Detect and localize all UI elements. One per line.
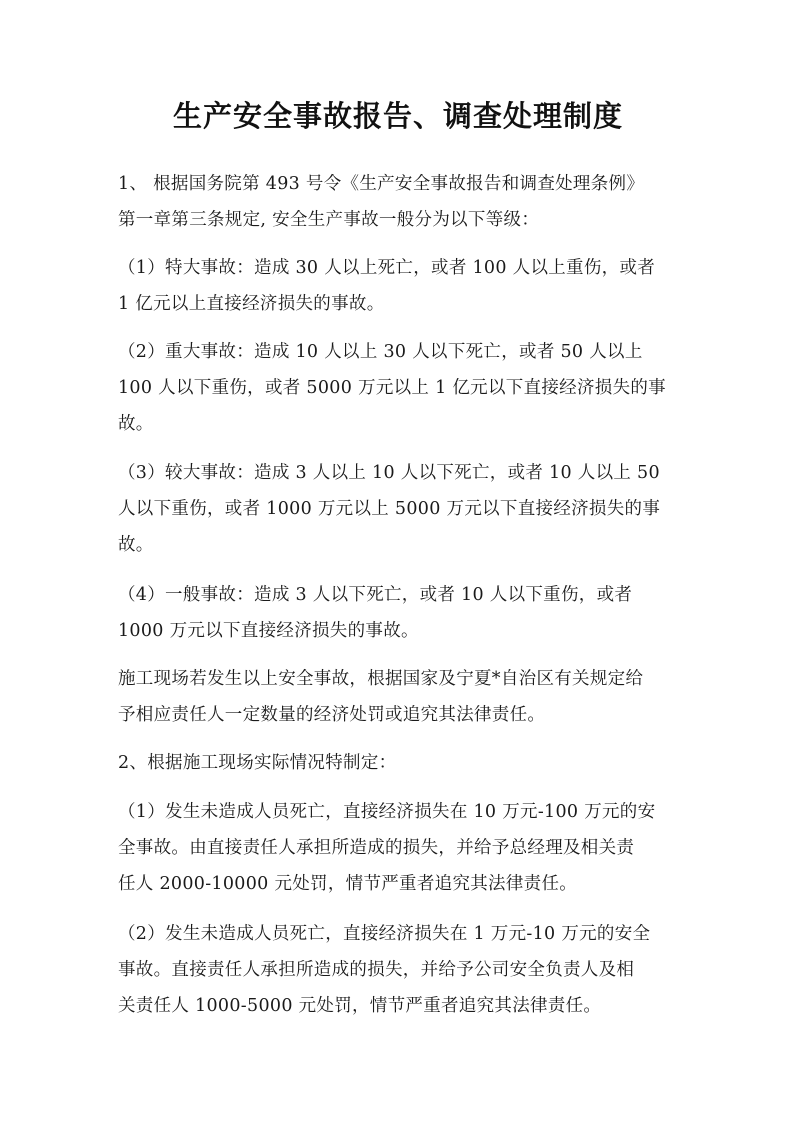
text-line: 2、根据施工现场实际情况特制定： [118, 745, 678, 781]
text-line: 任人 2000-10000 元处罚，情节严重者追究其法律责任。 [118, 866, 678, 902]
text-line: 1000 万元以下直接经济损失的事故。 [118, 613, 678, 649]
text-line: 100 人以下重伤，或者 5000 万元以上 1 亿元以下直接经济损失的事 [118, 370, 678, 406]
paragraph-regulation-basis: 1、 根据国务院第 493 号令《生产安全事故报告和调查处理条例》 第一章第三条… [118, 166, 678, 238]
paragraph-level-1-especially-serious: （1）特大事故：造成 30 人以上死亡，或者 100 人以上重伤，或者 1 亿元… [118, 250, 678, 322]
text-line: （4）一般事故：造成 3 人以下死亡，或者 10 人以下重伤，或者 [118, 577, 678, 613]
text-line: （2）重大事故：造成 10 人以上 30 人以下死亡，或者 50 人以上 [118, 334, 678, 370]
text-line: 予相应责任人一定数量的经济处罚或追究其法律责任。 [118, 697, 678, 733]
text-line: （1）特大事故：造成 30 人以上死亡，或者 100 人以上重伤，或者 [118, 250, 678, 286]
paragraph-level-4-general: （4）一般事故：造成 3 人以下死亡，或者 10 人以下重伤，或者 1000 万… [118, 577, 678, 649]
text-line: （3）较大事故：造成 3 人以上 10 人以下死亡，或者 10 人以上 50 [118, 455, 678, 491]
paragraph-site-rules-heading: 2、根据施工现场实际情况特制定： [118, 745, 678, 781]
text-line: 故。 [118, 406, 678, 442]
text-line: 关责任人 1000-5000 元处罚，情节严重者追究其法律责任。 [118, 988, 678, 1024]
text-line: 全事故。由直接责任人承担所造成的损失，并给予总经理及相关责 [118, 830, 678, 866]
text-line: （1）发生未造成人员死亡，直接经济损失在 10 万元-100 万元的安 [118, 794, 678, 830]
paragraph-penalty-note: 施工现场若发生以上安全事故，根据国家及宁夏*自治区有关规定给 予相应责任人一定数… [118, 661, 678, 733]
text-line: 施工现场若发生以上安全事故，根据国家及宁夏*自治区有关规定给 [118, 661, 678, 697]
text-line: 1 亿元以上直接经济损失的事故。 [118, 286, 678, 322]
paragraph-level-3-major: （3）较大事故：造成 3 人以上 10 人以下死亡，或者 10 人以上 50 人… [118, 455, 678, 563]
text-line: 故。 [118, 527, 678, 563]
document-title: 生产安全事故报告、调查处理制度 [118, 96, 678, 136]
paragraph-level-2-serious: （2）重大事故：造成 10 人以上 30 人以下死亡，或者 50 人以上 100… [118, 334, 678, 442]
text-line: 1、 根据国务院第 493 号令《生产安全事故报告和调查处理条例》 [118, 166, 678, 202]
text-line: （2）发生未造成人员死亡，直接经济损失在 1 万元-10 万元的安全 [118, 916, 678, 952]
text-line: 第一章第三条规定, 安全生产事故一般分为以下等级： [118, 202, 678, 238]
paragraph-site-rule-1: （1）发生未造成人员死亡，直接经济损失在 10 万元-100 万元的安 全事故。… [118, 794, 678, 902]
paragraph-site-rule-2: （2）发生未造成人员死亡，直接经济损失在 1 万元-10 万元的安全 事故。直接… [118, 916, 678, 1024]
text-line: 事故。直接责任人承担所造成的损失，并给予公司安全负责人及相 [118, 952, 678, 988]
text-line: 人以下重伤，或者 1000 万元以上 5000 万元以下直接经济损失的事 [118, 491, 678, 527]
